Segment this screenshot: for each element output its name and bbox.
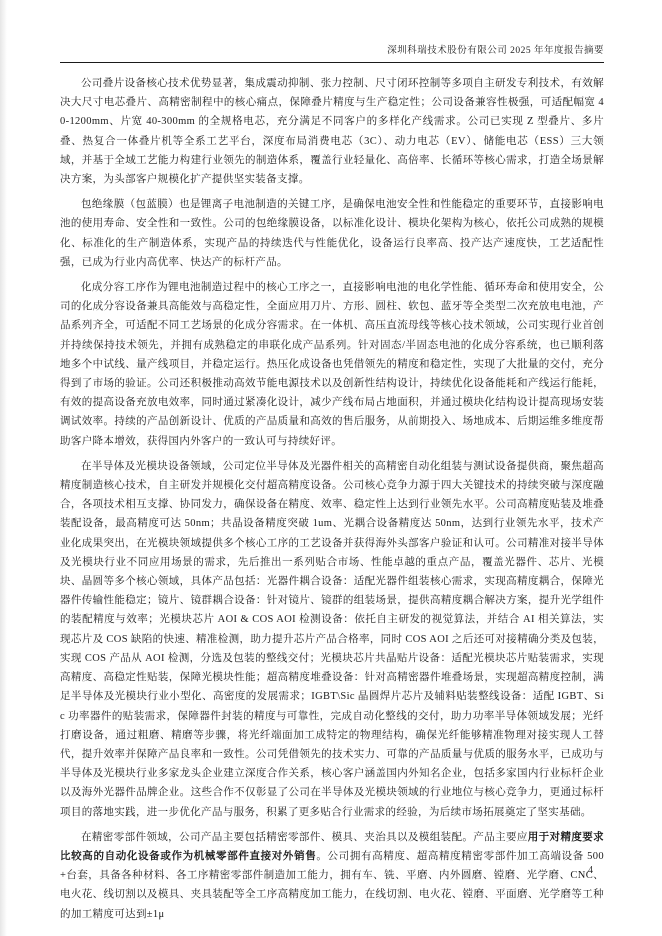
paragraph-precision-parts: 在精密零部件领域，公司产品主要包括精密零部件、模具、夹治具以及模组装配。产品主要… [60, 828, 604, 924]
paragraph-formation-grading: 化成分容工序作为锂电池制造过程中的核心工序之一，直接影响电池的电化学性能、循环寿… [60, 278, 604, 451]
paragraph-text: 化成分容工序作为锂电池制造过程中的核心工序之一，直接影响电池的电化学性能、循环寿… [60, 282, 604, 447]
paragraph-laminating-equipment: 公司叠片设备核心技术优势显著，集成震动抑制、张力控制、尺寸闭环控制等多项自主研发… [60, 74, 604, 189]
paragraph-insulation-film: 包绝缘膜（包蓝膜）也是锂离子电池制造的关键工序，是确保电池安全性和性能稳定的重要… [60, 195, 604, 272]
report-page: 深圳科瑞技术股份有限公司 2025 年年度报告摘要 公司叠片设备核心技术优势显著… [0, 0, 662, 936]
paragraph-text: 包绝缘膜（包蓝膜）也是锂离子电池制造的关键工序，是确保电池安全性和性能稳定的重要… [60, 199, 604, 268]
paragraph-text: 在半导体及光模块设备领域，公司定位半导体及光器件相关的高精密自动化组装与测试设备… [60, 461, 604, 818]
report-header-title: 深圳科瑞技术股份有限公司 2025 年年度报告摘要 [387, 46, 604, 56]
page-number: 4 [588, 865, 593, 876]
page-header: 深圳科瑞技术股份有限公司 2025 年年度报告摘要 [60, 44, 604, 63]
paragraph-text: 公司叠片设备核心技术优势显著，集成震动抑制、张力控制、尺寸闭环控制等多项自主研发… [60, 78, 604, 185]
paragraph-semiconductor-optical-module: 在半导体及光模块设备领域，公司定位半导体及光器件相关的高精密自动化组装与测试设备… [60, 457, 604, 822]
paragraph-text: 在精密零部件领域，公司产品主要包括精密零部件、模具、夹治具以及模组装配。产品主要… [81, 832, 528, 843]
report-body: 公司叠片设备核心技术优势显著，集成震动抑制、张力控制、尺寸闭环控制等多项自主研发… [60, 74, 604, 930]
